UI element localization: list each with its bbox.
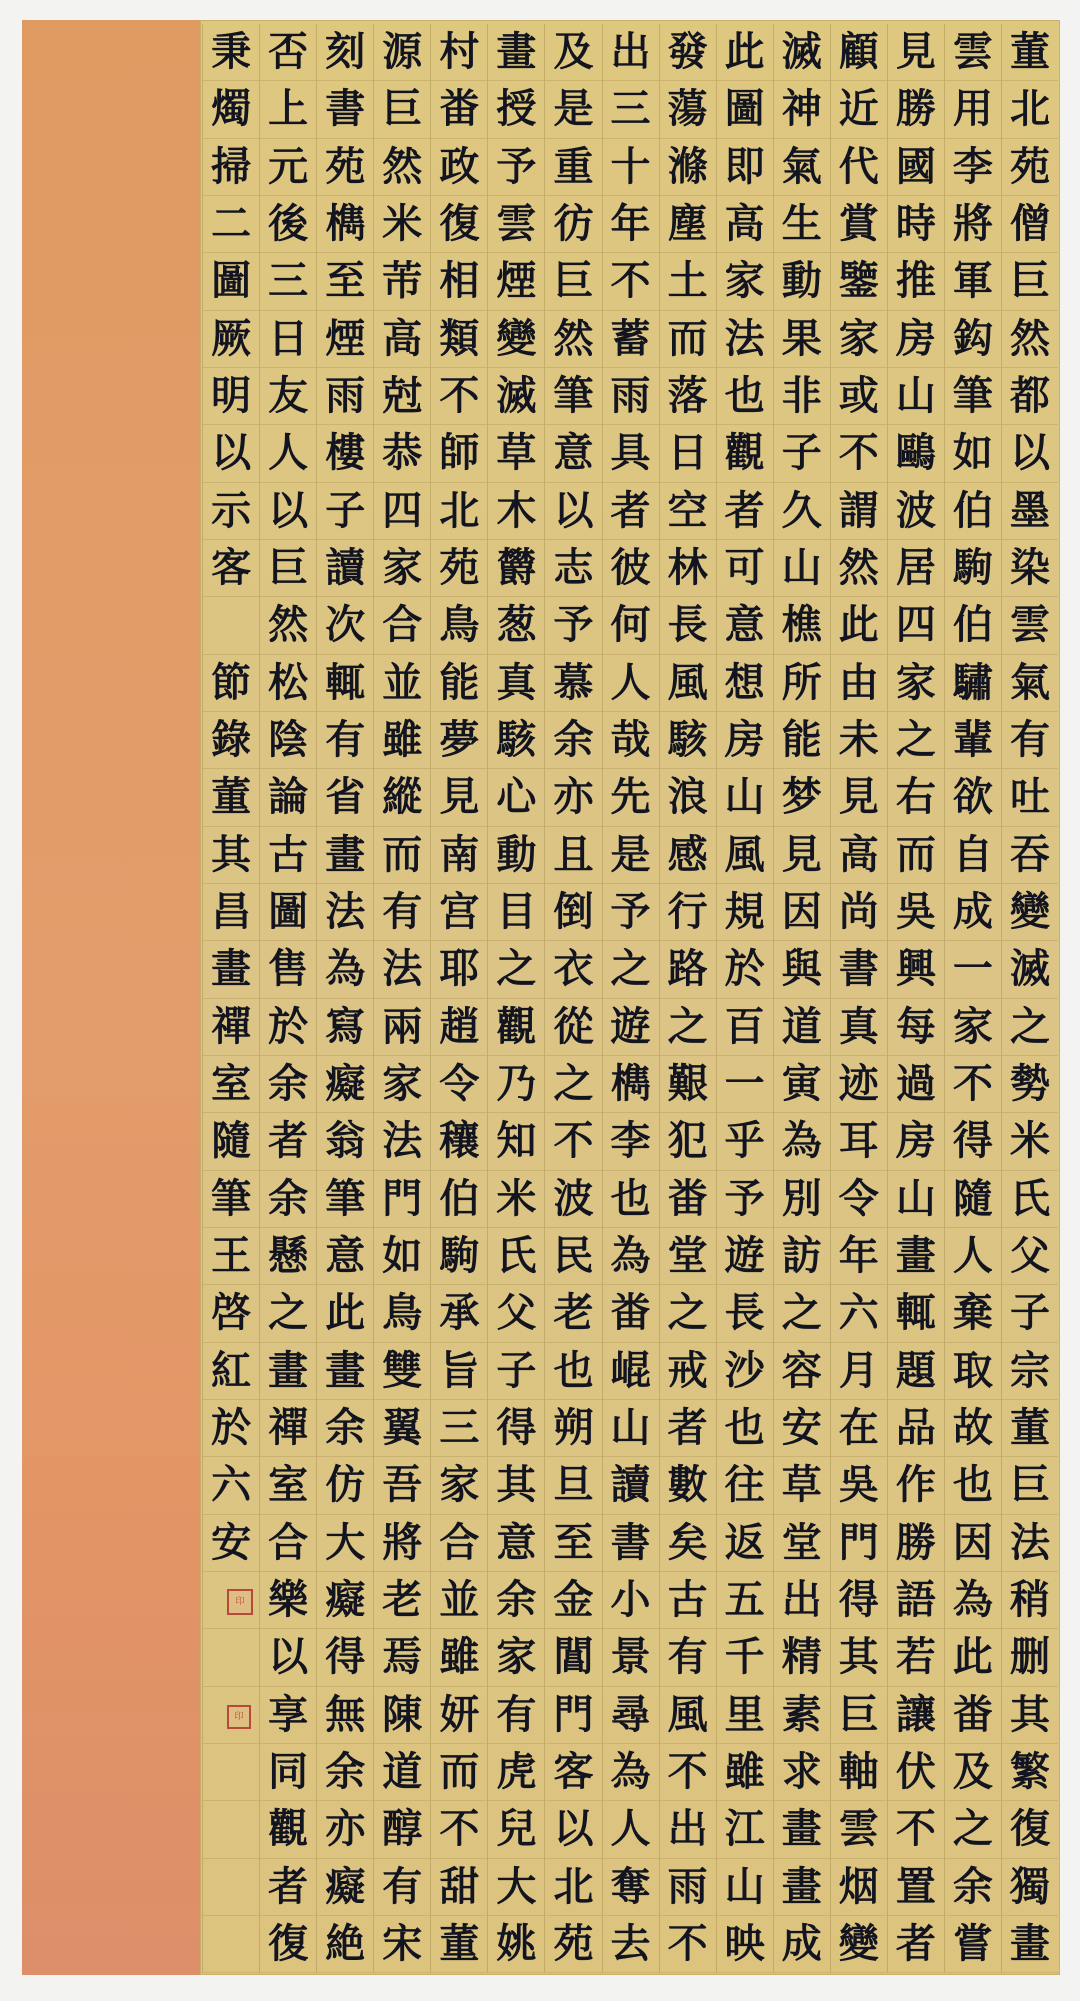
text-column: 及是重彷巨然筆意以志予慕余亦且倒衣從之不波民老也朔旦至金閶門客以北苑 bbox=[544, 24, 601, 1973]
character-cell: 及 bbox=[945, 1744, 1001, 1801]
character-cell: 煙 bbox=[317, 311, 373, 368]
character-cell: 是 bbox=[545, 81, 601, 138]
character-cell: 雖 bbox=[431, 1629, 487, 1686]
character-cell: 軸 bbox=[831, 1744, 887, 1801]
character-cell: 也 bbox=[717, 368, 773, 425]
text-column: 滅神氣生動果非子久山樵所能梦見因與道寅為別訪之容安草堂出精素求畫畫成 bbox=[773, 24, 830, 1973]
character-cell: 道 bbox=[374, 1744, 430, 1801]
character-cell: 上 bbox=[260, 81, 316, 138]
character-cell: 迹 bbox=[831, 1056, 887, 1113]
text-column: 見勝國時推房山鷗波居四家之右而吳興每過房山畫輒題品作勝語若讓伏不置者 bbox=[887, 24, 944, 1973]
character-cell: 董 bbox=[431, 1916, 487, 1973]
character-cell: 甜 bbox=[431, 1859, 487, 1916]
character-cell: 門 bbox=[374, 1171, 430, 1228]
character-cell: 合 bbox=[431, 1515, 487, 1572]
character-cell: 因 bbox=[945, 1515, 1001, 1572]
character-cell: 寫 bbox=[317, 999, 373, 1056]
character-cell: 縱 bbox=[374, 769, 430, 826]
character-cell: 秉 bbox=[203, 24, 259, 81]
character-cell: 時 bbox=[888, 196, 944, 253]
character-cell: 未 bbox=[831, 712, 887, 769]
character-cell: 里 bbox=[717, 1687, 773, 1744]
character-cell: 變 bbox=[1002, 884, 1058, 941]
character-cell: 而 bbox=[431, 1744, 487, 1801]
character-cell: 高 bbox=[717, 196, 773, 253]
character-cell: 用 bbox=[945, 81, 1001, 138]
character-cell: 畫 bbox=[203, 941, 259, 998]
character-cell: 類 bbox=[431, 311, 487, 368]
character-cell: 艱 bbox=[660, 1056, 716, 1113]
character-cell: 如 bbox=[374, 1228, 430, 1285]
character-cell: 復 bbox=[1002, 1801, 1058, 1858]
character-cell: 讀 bbox=[603, 1457, 659, 1514]
text-column: 村畨政復相類不師北苑鳥能夢見南宫耶趙令穰伯駒承旨三家合並雖妍而不甜董 bbox=[430, 24, 487, 1973]
character-cell: 彷 bbox=[545, 196, 601, 253]
character-cell: 空 bbox=[660, 483, 716, 540]
character-cell: 動 bbox=[774, 253, 830, 310]
character-cell: 木 bbox=[488, 483, 544, 540]
character-cell: 然 bbox=[374, 139, 430, 196]
character-cell: 師 bbox=[431, 425, 487, 482]
character-cell: 北 bbox=[545, 1859, 601, 1916]
character-cell: 置 bbox=[888, 1859, 944, 1916]
character-cell: 從 bbox=[545, 999, 601, 1056]
character-cell: 陳 bbox=[374, 1687, 430, 1744]
character-cell: 沙 bbox=[717, 1343, 773, 1400]
character-cell: 絶 bbox=[317, 1916, 373, 1973]
character-cell: 浪 bbox=[660, 769, 716, 826]
character-cell: 檇 bbox=[317, 196, 373, 253]
character-cell: 焉 bbox=[374, 1629, 430, 1686]
character-cell: 意 bbox=[717, 597, 773, 654]
character-cell: 否 bbox=[260, 24, 316, 81]
character-cell: 年 bbox=[831, 1228, 887, 1285]
character-cell: 享 bbox=[260, 1687, 316, 1744]
character-cell: 即 bbox=[717, 139, 773, 196]
character-cell: 老 bbox=[545, 1285, 601, 1342]
character-cell: 並 bbox=[431, 1572, 487, 1629]
character-cell: 子 bbox=[488, 1343, 544, 1400]
character-cell: 出 bbox=[774, 1572, 830, 1629]
character-cell: 衣 bbox=[545, 941, 601, 998]
character-cell: 觀 bbox=[717, 425, 773, 482]
character-cell: 於 bbox=[717, 941, 773, 998]
character-cell: 滅 bbox=[488, 368, 544, 425]
character-cell: 吳 bbox=[831, 1457, 887, 1514]
character-cell: 犯 bbox=[660, 1113, 716, 1170]
character-cell: 乃 bbox=[488, 1056, 544, 1113]
character-cell: 家 bbox=[945, 999, 1001, 1056]
character-cell: 雨 bbox=[317, 368, 373, 425]
character-cell: 心 bbox=[488, 769, 544, 826]
character-cell: 厥 bbox=[203, 311, 259, 368]
character-cell: 者 bbox=[260, 1113, 316, 1170]
character-cell: 行 bbox=[660, 884, 716, 941]
character-cell: 所 bbox=[774, 655, 830, 712]
character-cell: 巨 bbox=[831, 1687, 887, 1744]
character-cell: 重 bbox=[545, 139, 601, 196]
character-cell: 規 bbox=[717, 884, 773, 941]
text-column: 出三十年不蓄雨具者彼何人哉先是予之遊檇李也為畨崐山讀書小景尋為人奪去 bbox=[602, 24, 659, 1973]
character-cell: 節 bbox=[203, 655, 259, 712]
character-cell: 宗 bbox=[1002, 1343, 1058, 1400]
character-cell: 一 bbox=[717, 1056, 773, 1113]
character-cell bbox=[203, 597, 259, 654]
character-cell: 賞 bbox=[831, 196, 887, 253]
character-cell: 其 bbox=[1002, 1687, 1058, 1744]
character-cell: 論 bbox=[260, 769, 316, 826]
character-cell: 醇 bbox=[374, 1801, 430, 1858]
character-cell: 米 bbox=[374, 196, 430, 253]
character-cell: 虎 bbox=[488, 1744, 544, 1801]
character-cell: 家 bbox=[888, 655, 944, 712]
text-column: 否上元後三日友人以巨然松陰論古圖售於余者余懸之畫禪室合樂以享同觀者復 bbox=[259, 24, 316, 1973]
character-cell: 如 bbox=[945, 425, 1001, 482]
character-cell: 人 bbox=[945, 1228, 1001, 1285]
text-column: 發蕩滌塵土而落日空林長風駭浪感行路之艱犯畨堂之戒者數矣古有風不出雨不 bbox=[659, 24, 716, 1973]
character-cell: 掃 bbox=[203, 139, 259, 196]
character-cell: 者 bbox=[660, 1400, 716, 1457]
character-cell: 之 bbox=[660, 1285, 716, 1342]
character-cell: 駒 bbox=[945, 540, 1001, 597]
character-cell: 欲 bbox=[945, 769, 1001, 826]
character-cell bbox=[203, 1916, 259, 1973]
character-cell bbox=[203, 1744, 259, 1801]
character-cell: 崐 bbox=[603, 1343, 659, 1400]
character-cell: 容 bbox=[774, 1343, 830, 1400]
character-cell: 然 bbox=[831, 540, 887, 597]
character-cell: 董 bbox=[1002, 24, 1058, 81]
character-cell bbox=[203, 1859, 259, 1916]
character-cell: 鳥 bbox=[374, 1285, 430, 1342]
character-cell: 代 bbox=[831, 139, 887, 196]
character-cell: 有 bbox=[660, 1629, 716, 1686]
character-cell: 墨 bbox=[1002, 483, 1058, 540]
character-cell: 癡 bbox=[317, 1859, 373, 1916]
character-cell: 三 bbox=[603, 81, 659, 138]
character-cell: 巨 bbox=[545, 253, 601, 310]
character-cell: 至 bbox=[545, 1515, 601, 1572]
character-cell: 氏 bbox=[488, 1228, 544, 1285]
character-cell: 大 bbox=[317, 1515, 373, 1572]
character-cell: 者 bbox=[888, 1916, 944, 1973]
character-cell: 苑 bbox=[317, 139, 373, 196]
character-cell: 禪 bbox=[260, 1400, 316, 1457]
character-cell: 民 bbox=[545, 1228, 601, 1285]
character-cell: 畨 bbox=[660, 1171, 716, 1228]
character-cell: 穰 bbox=[431, 1113, 487, 1170]
character-cell: 隨 bbox=[945, 1171, 1001, 1228]
character-cell: 房 bbox=[888, 1113, 944, 1170]
character-cell: 奪 bbox=[603, 1859, 659, 1916]
character-cell: 安 bbox=[203, 1515, 259, 1572]
character-cell: 梦 bbox=[774, 769, 830, 826]
character-cell: 哉 bbox=[603, 712, 659, 769]
character-cell: 至 bbox=[317, 253, 373, 310]
character-cell: 以 bbox=[203, 425, 259, 482]
character-cell: 畨 bbox=[431, 81, 487, 138]
character-cell: 見 bbox=[431, 769, 487, 826]
character-cell: 尚 bbox=[831, 884, 887, 941]
character-cell: 路 bbox=[660, 941, 716, 998]
character-cell: 染 bbox=[1002, 540, 1058, 597]
character-cell: 何 bbox=[603, 597, 659, 654]
character-cell: 題 bbox=[888, 1343, 944, 1400]
character-cell: 過 bbox=[888, 1056, 944, 1113]
character-cell: 門 bbox=[545, 1687, 601, 1744]
character-cell: 其 bbox=[203, 827, 259, 884]
character-cell: 畫 bbox=[317, 1343, 373, 1400]
character-cell: 草 bbox=[774, 1457, 830, 1514]
character-cell: 風 bbox=[660, 655, 716, 712]
character-cell: 宋 bbox=[374, 1916, 430, 1973]
character-cell: 朔 bbox=[545, 1400, 601, 1457]
character-cell: 其 bbox=[831, 1629, 887, 1686]
text-column: 雲用李將軍鈎筆如伯駒伯驌輩欲自成一家不得隨人棄取故也因為此畨及之余嘗 bbox=[944, 24, 1001, 1973]
character-cell: 塵 bbox=[660, 196, 716, 253]
character-cell: 然 bbox=[260, 597, 316, 654]
character-cell: 余 bbox=[317, 1744, 373, 1801]
character-cell: 三 bbox=[431, 1400, 487, 1457]
character-cell: 老 bbox=[374, 1572, 430, 1629]
character-cell: 右 bbox=[888, 769, 944, 826]
character-cell: 書 bbox=[831, 941, 887, 998]
character-cell: 燭 bbox=[203, 81, 259, 138]
character-cell: 房 bbox=[717, 712, 773, 769]
character-cell: 昌 bbox=[203, 884, 259, 941]
character-cell: 乎 bbox=[717, 1113, 773, 1170]
character-cell: 而 bbox=[660, 311, 716, 368]
character-cell: 五 bbox=[717, 1572, 773, 1629]
character-cell: 予 bbox=[717, 1171, 773, 1228]
character-cell: 余 bbox=[260, 1171, 316, 1228]
character-cell: 合 bbox=[374, 597, 430, 654]
character-cell: 草 bbox=[488, 425, 544, 482]
character-cell: 畫 bbox=[488, 24, 544, 81]
character-cell: 予 bbox=[488, 139, 544, 196]
character-cell: 安 bbox=[774, 1400, 830, 1457]
character-cell: 客 bbox=[203, 540, 259, 597]
character-cell: 苑 bbox=[1002, 139, 1058, 196]
character-cell: 伯 bbox=[945, 597, 1001, 654]
character-cell: 彼 bbox=[603, 540, 659, 597]
character-cell: 房 bbox=[888, 311, 944, 368]
character-cell: 癡 bbox=[317, 1056, 373, 1113]
character-cell: 輩 bbox=[945, 712, 1001, 769]
character-cell: 煙 bbox=[488, 253, 544, 310]
character-cell: 之 bbox=[603, 941, 659, 998]
character-cell: 僧 bbox=[1002, 196, 1058, 253]
character-cell: 授 bbox=[488, 81, 544, 138]
character-cell: 變 bbox=[488, 311, 544, 368]
character-cell: 不 bbox=[431, 368, 487, 425]
character-cell: 翁 bbox=[317, 1113, 373, 1170]
character-cell: 大 bbox=[488, 1859, 544, 1916]
character-cell: 一 bbox=[945, 941, 1001, 998]
character-cell: 氏 bbox=[1002, 1171, 1058, 1228]
character-cell: 得 bbox=[831, 1572, 887, 1629]
character-cell: 波 bbox=[888, 483, 944, 540]
character-cell: 而 bbox=[888, 827, 944, 884]
character-cell: 此 bbox=[717, 24, 773, 81]
character-cell: 米 bbox=[488, 1171, 544, 1228]
character-cell: 久 bbox=[774, 483, 830, 540]
character-cell: 勢 bbox=[1002, 1056, 1058, 1113]
character-cell: 寅 bbox=[774, 1056, 830, 1113]
character-cell: 觀 bbox=[488, 999, 544, 1056]
character-cell: 千 bbox=[717, 1629, 773, 1686]
character-cell: 得 bbox=[317, 1629, 373, 1686]
character-cell: 高 bbox=[831, 827, 887, 884]
character-cell: 獨 bbox=[1002, 1859, 1058, 1916]
character-cell: 古 bbox=[660, 1572, 716, 1629]
red-seal-stamp: 印 bbox=[227, 1705, 251, 1729]
character-cell: 癡 bbox=[317, 1572, 373, 1629]
text-column: 董北苑僧巨然都以墨染雲氣有吐吞變滅之勢米氏父子宗董巨法稍删其繁復獨畫 bbox=[1001, 24, 1058, 1973]
character-cell: 於 bbox=[260, 999, 316, 1056]
character-cell: 不 bbox=[431, 1801, 487, 1858]
character-cell: 長 bbox=[717, 1285, 773, 1342]
character-cell: 月 bbox=[831, 1343, 887, 1400]
character-cell: 十 bbox=[603, 139, 659, 196]
character-cell: 子 bbox=[774, 425, 830, 482]
character-cell: 倒 bbox=[545, 884, 601, 941]
character-cell: 予 bbox=[545, 597, 601, 654]
character-cell: 吾 bbox=[374, 1457, 430, 1514]
character-cell: 山 bbox=[888, 1171, 944, 1228]
character-cell: 省 bbox=[317, 769, 373, 826]
character-cell: 是 bbox=[603, 827, 659, 884]
character-cell: 筆 bbox=[317, 1171, 373, 1228]
character-cell: 伏 bbox=[888, 1744, 944, 1801]
character-cell: 筆 bbox=[545, 368, 601, 425]
character-cell: 波 bbox=[545, 1171, 601, 1228]
character-cell: 趙 bbox=[431, 999, 487, 1056]
character-cell: 仿 bbox=[317, 1457, 373, 1514]
character-cell: 伯 bbox=[945, 483, 1001, 540]
character-cell: 輒 bbox=[317, 655, 373, 712]
character-cell: 閶 bbox=[545, 1629, 601, 1686]
character-cell: 為 bbox=[603, 1744, 659, 1801]
character-cell: 尅 bbox=[374, 368, 430, 425]
character-cell: 求 bbox=[774, 1744, 830, 1801]
character-cell: 示 bbox=[203, 483, 259, 540]
character-cell: 樵 bbox=[774, 597, 830, 654]
character-cell: 夢 bbox=[431, 712, 487, 769]
character-cell: 相 bbox=[431, 253, 487, 310]
character-cell: 耶 bbox=[431, 941, 487, 998]
character-cell: 人 bbox=[260, 425, 316, 482]
character-cell: 意 bbox=[545, 425, 601, 482]
character-cell: 興 bbox=[888, 941, 944, 998]
character-cell: 售 bbox=[260, 941, 316, 998]
character-cell: 烟 bbox=[831, 1859, 887, 1916]
character-cell: 氣 bbox=[774, 139, 830, 196]
character-cell: 駭 bbox=[660, 712, 716, 769]
character-cell: 此 bbox=[945, 1629, 1001, 1686]
character-cell: 董 bbox=[1002, 1400, 1058, 1457]
character-cell: 法 bbox=[717, 311, 773, 368]
character-cell: 父 bbox=[1002, 1228, 1058, 1285]
character-cell: 有 bbox=[374, 884, 430, 941]
character-cell: 滌 bbox=[660, 139, 716, 196]
character-cell: 家 bbox=[431, 1457, 487, 1514]
character-cell: 神 bbox=[774, 81, 830, 138]
character-cell: 推 bbox=[888, 253, 944, 310]
character-cell: 恭 bbox=[374, 425, 430, 482]
character-cell: 客 bbox=[545, 1744, 601, 1801]
character-cell: 真 bbox=[488, 655, 544, 712]
character-cell: 鷗 bbox=[888, 425, 944, 482]
character-cell: 陰 bbox=[260, 712, 316, 769]
character-cell: 者 bbox=[603, 483, 659, 540]
character-cell: 鳥 bbox=[431, 597, 487, 654]
character-cell: 非 bbox=[774, 368, 830, 425]
character-cell: 映 bbox=[717, 1916, 773, 1973]
character-cell: 且 bbox=[545, 827, 601, 884]
character-cell: 不 bbox=[660, 1744, 716, 1801]
character-cell: 嘗 bbox=[945, 1916, 1001, 1973]
character-cell: 家 bbox=[717, 253, 773, 310]
character-cell: 也 bbox=[717, 1400, 773, 1457]
character-cell: 不 bbox=[603, 253, 659, 310]
character-cell: 具 bbox=[603, 425, 659, 482]
character-cell: 讀 bbox=[317, 540, 373, 597]
character-cell: 見 bbox=[774, 827, 830, 884]
character-cell: 畫 bbox=[774, 1801, 830, 1858]
character-cell: 以 bbox=[545, 1801, 601, 1858]
character-cell: 樂 bbox=[260, 1572, 316, 1629]
character-cell: 懸 bbox=[260, 1228, 316, 1285]
character-cell: 滅 bbox=[774, 24, 830, 81]
character-cell: 法 bbox=[317, 884, 373, 941]
character-cell: 品 bbox=[888, 1400, 944, 1457]
character-cell: 畫 bbox=[774, 1859, 830, 1916]
character-cell: 後 bbox=[260, 196, 316, 253]
character-cell: 妍 bbox=[431, 1687, 487, 1744]
character-cell: 意 bbox=[488, 1515, 544, 1572]
text-column: 源巨然米芾高尅恭四家合並雖縱而有法兩家法門如鳥雙翼吾將老焉陳道醇有宋 bbox=[373, 24, 430, 1973]
character-cell: 見 bbox=[888, 24, 944, 81]
character-cell: 先 bbox=[603, 769, 659, 826]
character-cell: 法 bbox=[1002, 1515, 1058, 1572]
character-cell: 雲 bbox=[488, 196, 544, 253]
character-cell: 語 bbox=[888, 1572, 944, 1629]
character-cell: 芾 bbox=[374, 253, 430, 310]
character-cell: 復 bbox=[431, 196, 487, 253]
character-cell: 之 bbox=[488, 941, 544, 998]
character-cell: 鑒 bbox=[831, 253, 887, 310]
character-cell: 承 bbox=[431, 1285, 487, 1342]
text-column: 刻書苑檇至煙雨樓子讀次輒有省畫法為寫癡翁筆意此畫余仿大癡得無余亦癡絶 bbox=[316, 24, 373, 1973]
character-cell: 源 bbox=[374, 24, 430, 81]
character-cell: 故 bbox=[945, 1400, 1001, 1457]
character-cell: 予 bbox=[603, 884, 659, 941]
text-column: 顧近代賞鑒家或不謂然此由未見高尚書真迹耳令年六月在吳門得其巨軸雲烟變 bbox=[830, 24, 887, 1973]
character-cell: 之 bbox=[545, 1056, 601, 1113]
character-cell: 為 bbox=[945, 1572, 1001, 1629]
character-cell: 友 bbox=[260, 368, 316, 425]
character-cell: 矣 bbox=[660, 1515, 716, 1572]
character-cell: 數 bbox=[660, 1457, 716, 1514]
character-cell: 苑 bbox=[545, 1916, 601, 1973]
character-cell: 志 bbox=[545, 540, 601, 597]
character-cell: 為 bbox=[317, 941, 373, 998]
character-cell: 慕 bbox=[545, 655, 601, 712]
character-cell: 亦 bbox=[317, 1801, 373, 1858]
red-seal-stamp: 印 bbox=[227, 1589, 253, 1615]
character-cell: 筆 bbox=[203, 1171, 259, 1228]
